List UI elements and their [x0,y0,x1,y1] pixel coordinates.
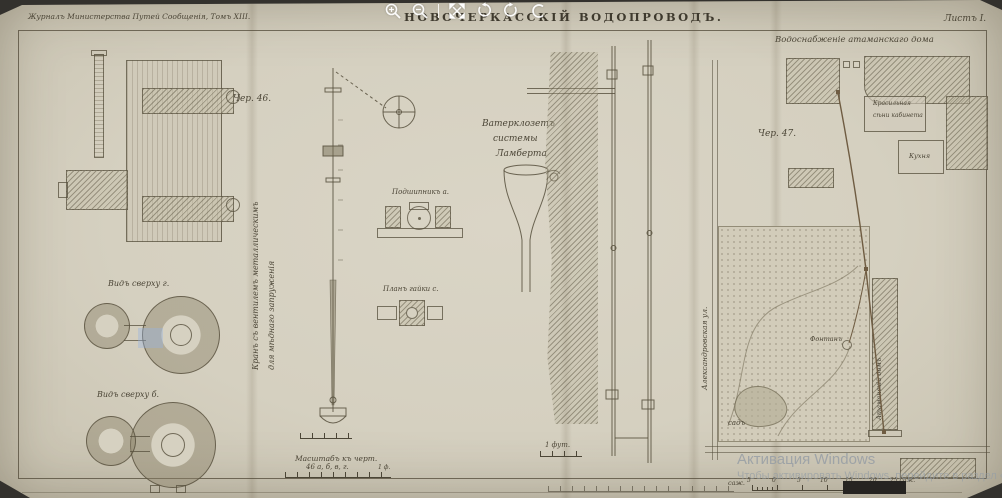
bottom-scale-minor [548,486,734,492]
valve-side-note-1: Кранъ съ вентилемъ металлическимъ [252,165,260,370]
pipe-run [700,35,992,495]
blue-highlight-patch [138,328,163,348]
gland-stem [58,182,68,198]
fullscreen-icon[interactable] [448,2,466,20]
nut-bore [406,307,418,319]
fig46-scale-bar [285,472,391,478]
fig-valve-elevation [58,50,258,282]
rotate-left-icon[interactable] [475,2,493,20]
windows-activation-watermark-line1: Активация Windows [737,451,875,468]
scale-caption-2: 46 а, б, в, г. [306,464,349,471]
journal-imprint: Журналъ Министерства Путей Сообщенія, То… [28,13,250,21]
bearing-tower [385,206,401,228]
bearing-center [418,217,421,220]
plan-view-2-neck [130,436,150,452]
wc-foot-note: 1 фут. [545,442,570,449]
plan-bolt [150,485,160,493]
fig-spindle-elevation [290,60,420,440]
wc-caption-2: системы [493,135,538,144]
fig-bearing-detail [375,198,467,242]
scanned-sheet[interactable]: Журналъ Министерства Путей Сообщенія, То… [0,0,1002,498]
fig-standpipes [600,38,670,468]
nut-caption: Планъ гайки с. [383,286,439,293]
zoom-in-icon[interactable] [384,2,402,20]
fig-valve-caption: Чер. 46. [233,95,271,104]
plan-view-2-caption: Видъ сверху б. [97,391,159,399]
plan-view-1-hub [170,324,192,346]
plan-view-2-hub [161,433,185,457]
site-plan: Александровская ул. Красильная сѣни каби… [700,35,992,495]
plan-scale-subdivisions [752,487,774,491]
plan-view-2-arm-eye [86,416,136,466]
spindle-mini-scale [300,433,352,439]
scale-caption-1: Масштабъ къ черт. [295,455,377,463]
wc-foot-scale [540,451,582,457]
windows-activation-watermark-line2: Чтобы активировать Windows, перейдите в … [737,470,1002,482]
reset-view-icon[interactable] [529,2,547,20]
fig46-scale-end: 1 ф. [378,465,390,471]
screenshot-root: Журналъ Министерства Путей Сообщенія, То… [0,0,1002,498]
wall-section [543,52,598,424]
nut-side [377,306,397,320]
valve-side-note-2: для мѣднаго запруженія [268,185,276,370]
zoom-out-icon[interactable] [411,2,429,20]
fig-nut-plan [375,296,455,336]
wc-caption-1: Ватерклозетъ [482,120,555,129]
plan-view-1-caption: Видъ сверху г. [108,280,169,288]
viewer-toolbar [384,2,547,20]
dark-scan-strip [843,481,906,494]
bearing-tower [435,206,451,228]
side-gland [66,170,128,210]
bolt-head [226,198,240,212]
bearing-caption: Подшипникъ а. [392,189,449,196]
toolbar-divider [438,4,439,18]
top-flange [142,88,234,114]
rotate-right-icon[interactable] [502,2,520,20]
plan-bolt [176,485,186,493]
sheet-number: Листъ I. [944,15,986,24]
wc-caption-3: Ламберта [496,150,547,159]
nut-side [427,306,443,320]
rod-nut [91,50,107,56]
bottom-flange [142,196,234,222]
threaded-rod [94,54,104,158]
